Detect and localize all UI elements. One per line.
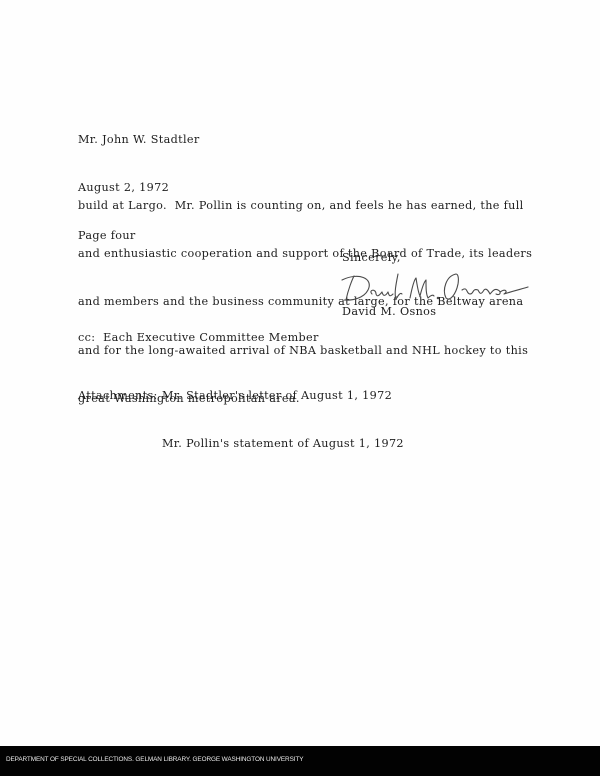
attachment-item: Mr. Pollin's statement of August 1, 1972	[162, 436, 404, 452]
document-page: Mr. John W. Stadtler August 2, 1972 Page…	[0, 0, 600, 746]
attachment-item: Mr. Stadtler's letter of August 1, 1972	[162, 388, 392, 404]
body-line: build at Largo. Mr. Pollin is counting o…	[78, 198, 528, 214]
cc-line: cc: Each Executive Committee Member	[78, 330, 319, 346]
footer-credit: DEPARTMENT OF SPECIAL COLLECTIONS. GELMA…	[6, 756, 303, 763]
signer-name: David M. Osnos	[342, 304, 436, 320]
attachments-label: Attachments:	[78, 388, 158, 404]
recipient-name: Mr. John W. Stadtler	[78, 132, 200, 148]
closing-salutation: Sincerely,	[342, 250, 401, 266]
handwritten-signature-icon	[338, 270, 538, 306]
archive-footer: DEPARTMENT OF SPECIAL COLLECTIONS. GELMA…	[0, 746, 600, 776]
body-line: and enthusiastic cooperation and support…	[78, 246, 528, 262]
attachments-section: Attachments: Mr. Stadtler's letter of Au…	[78, 356, 101, 484]
